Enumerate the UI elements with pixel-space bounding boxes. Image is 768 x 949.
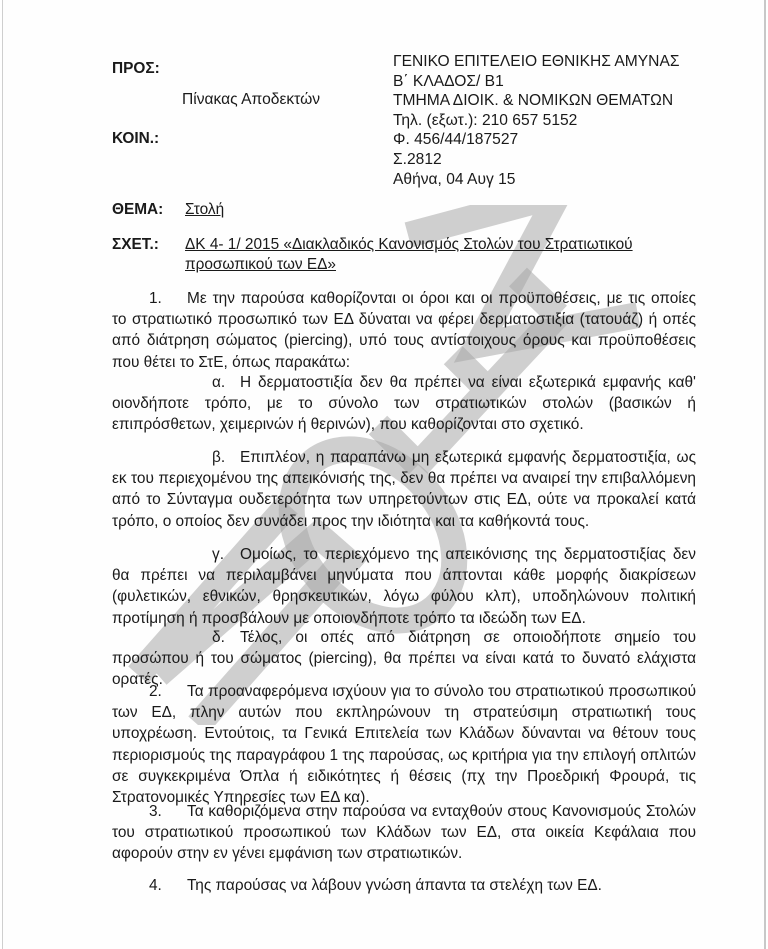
to-label: ΠΡΟΣ: <box>112 60 160 78</box>
paragraph-1: 1.Με την παρούσα καθορίζονται οι όροι κα… <box>112 288 696 373</box>
subject-label: ΘΕΜΑ: <box>112 201 163 219</box>
date: Αθήνα, 04 Αυγ 15 <box>393 170 680 190</box>
paragraph-1a: α.Η δερματοστιξία δεν θα πρέπει να είναι… <box>112 372 696 436</box>
sender-department: ΤΜΗΜΑ ΔΙΟΙΚ. & ΝΟΜΙΚΩΝ ΘΕΜΑΤΩΝ <box>393 91 680 111</box>
sender-block: ΓΕΝΙΚΟ ΕΠΙΤΕΛΕΙΟ ΕΘΝΙΚΗΣ ΑΜΥΝΑΣ Β΄ ΚΛΑΔΟ… <box>393 52 680 189</box>
subject-value: Στολή <box>185 201 224 219</box>
paragraph-1b: β.Επιπλέον, η παραπάνω μη εξωτερικά εμφα… <box>112 447 696 532</box>
paragraph-1c: γ.Ομοίως, το περιεχόμενο της απεικόνισης… <box>112 544 696 629</box>
reference-line-1: ΔΚ 4- 1/ 2015 «Διακλαδικός Κανονισμός Στ… <box>185 236 633 254</box>
paragraph-2: 2.Τα προαναφερόμενα ισχύουν για το σύνολ… <box>112 681 696 808</box>
to-recipients: Πίνακας Αποδεκτών <box>182 91 320 109</box>
sender-branch: Β΄ ΚΛΑΔΟΣ/ Β1 <box>393 72 680 92</box>
paragraph-3: 3.Τα καθοριζόμενα στην παρούσα να ενταχθ… <box>112 801 696 865</box>
reference-line-2: προσωπικού των ΕΔ» <box>185 256 336 274</box>
paragraph-4: 4.Της παρούσας να λάβουν γνώση άπαντα τα… <box>112 875 696 896</box>
sender-org: ΓΕΝΙΚΟ ΕΠΙΤΕΛΕΙΟ ΕΘΝΙΚΗΣ ΑΜΥΝΑΣ <box>393 52 680 72</box>
cc-label: ΚΟΙΝ.: <box>112 130 159 148</box>
reference-label: ΣΧΕΤ.: <box>112 236 159 254</box>
sender-phone: Τηλ. (εξωτ.): 210 657 5152 <box>393 111 680 131</box>
file-number: Φ. 456/44/187527 <box>393 130 680 150</box>
reference-code: Σ.2812 <box>393 150 680 170</box>
